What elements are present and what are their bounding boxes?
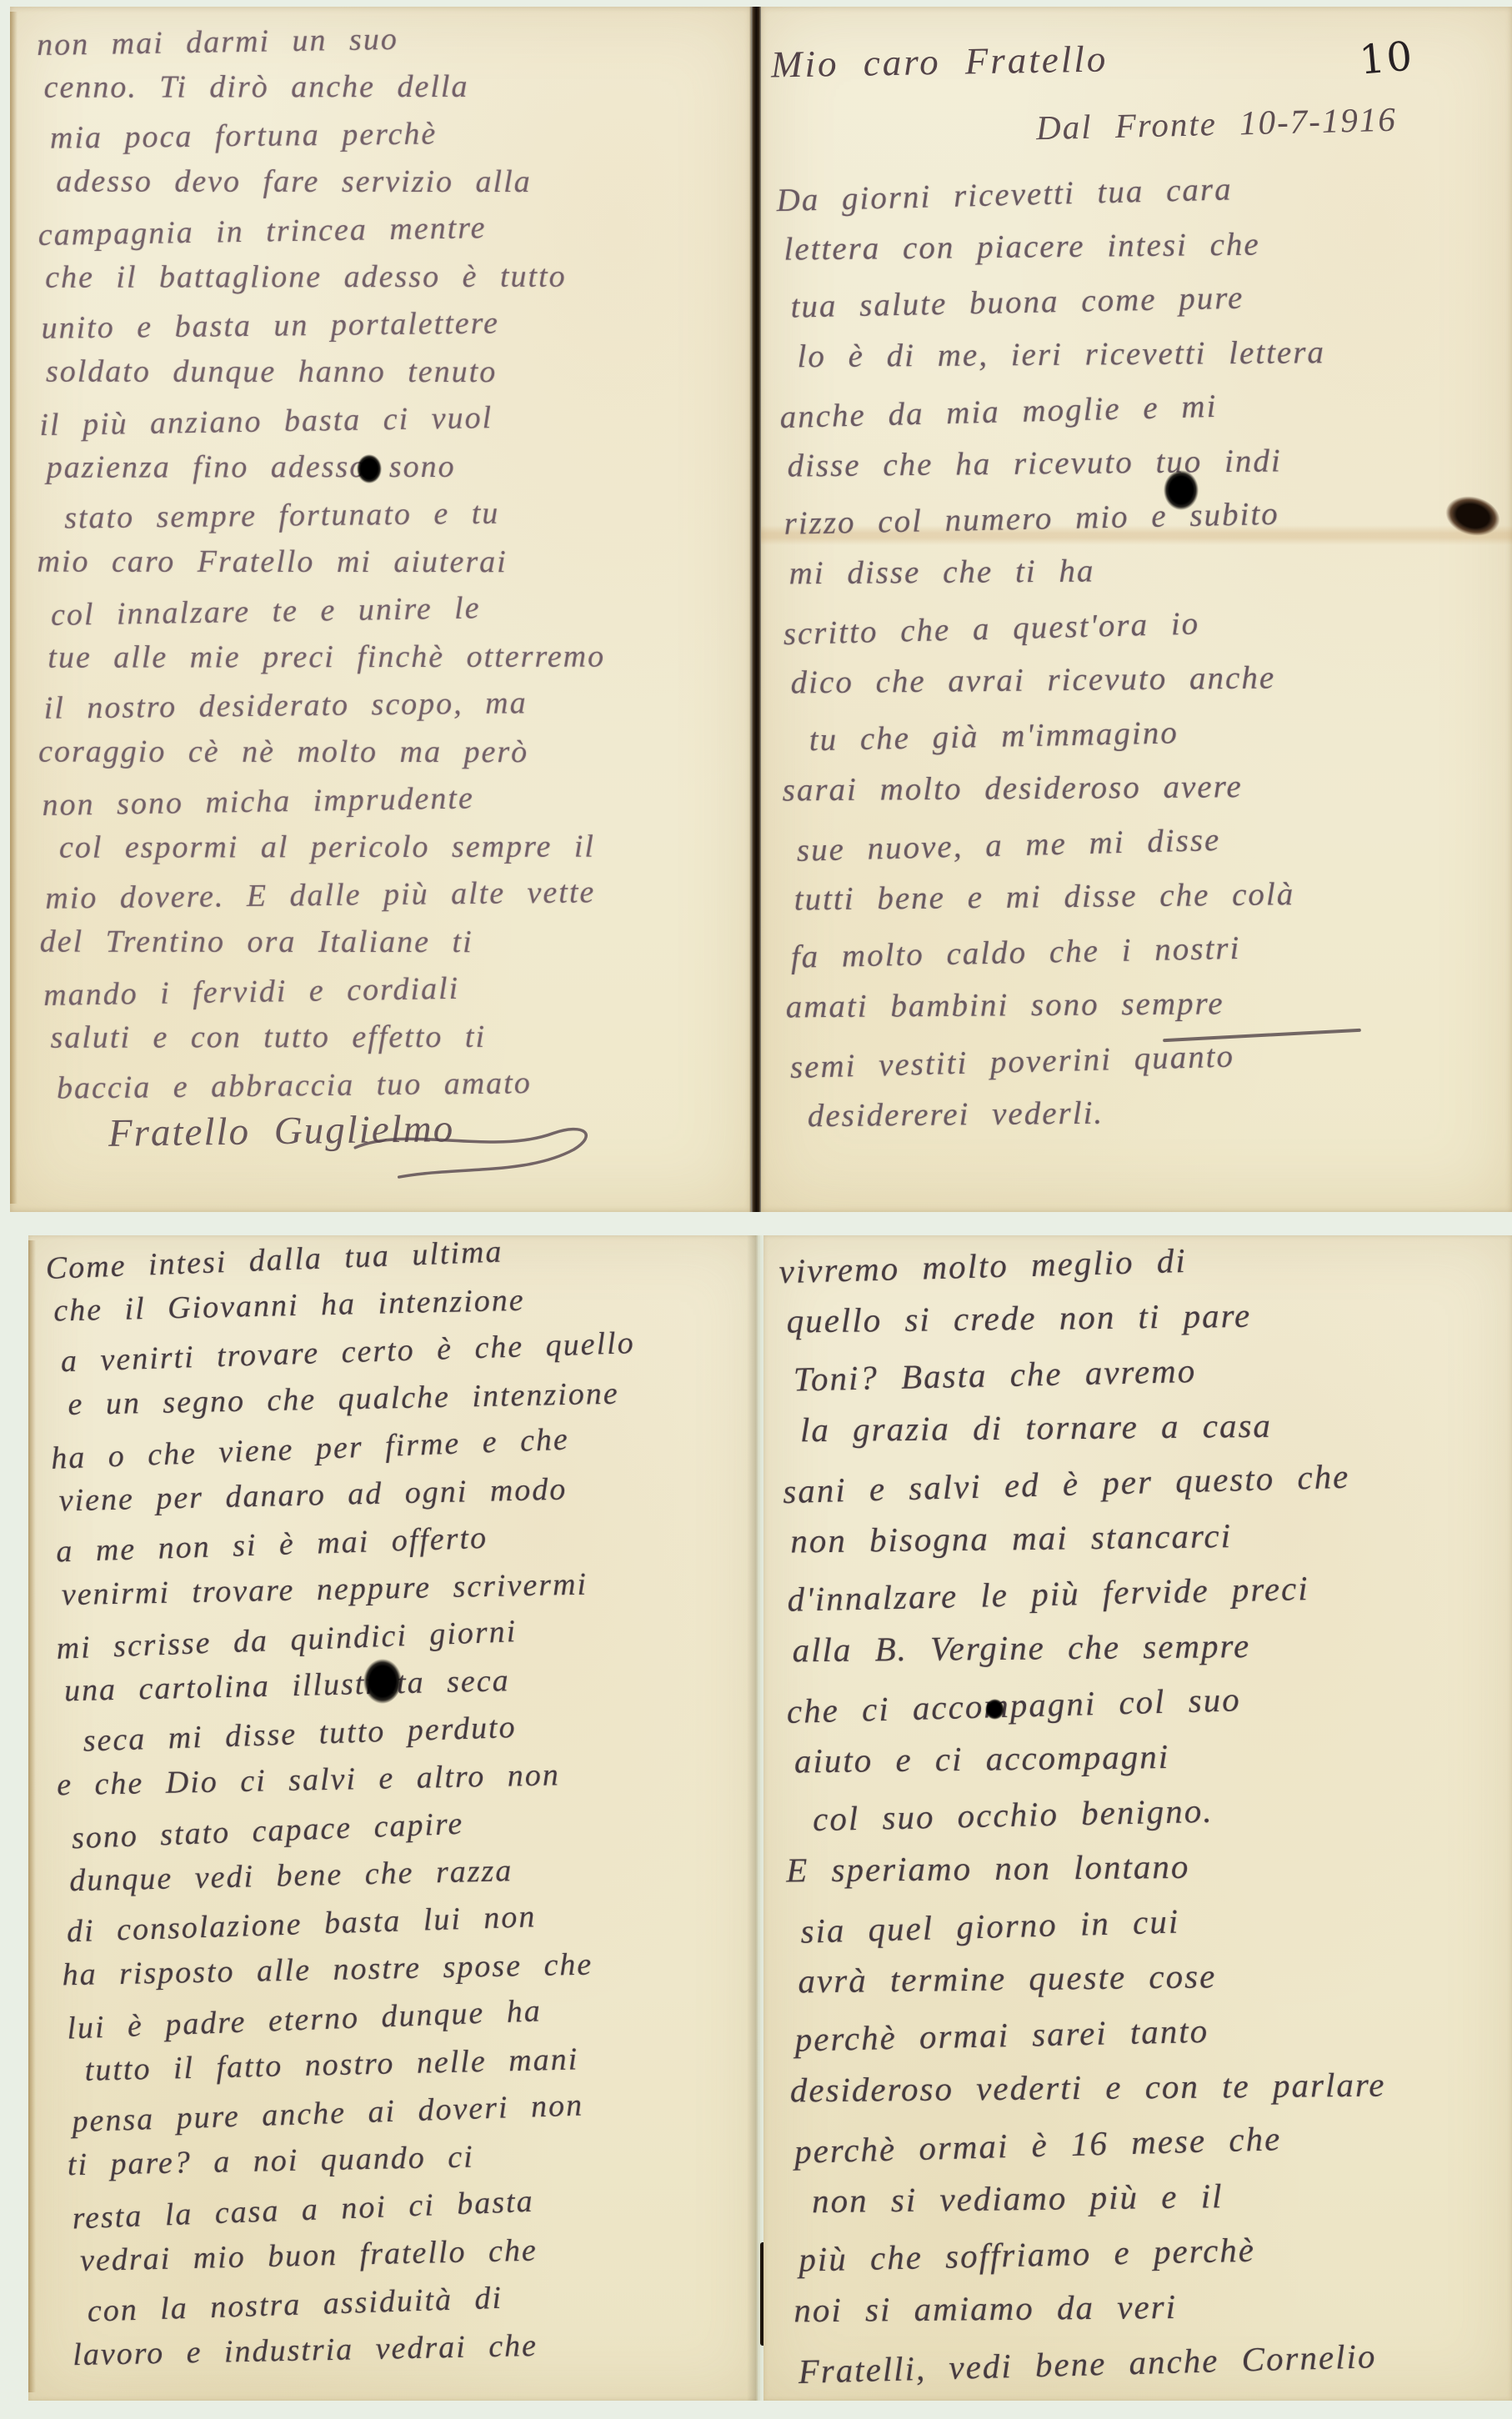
page-top-left: non mai darmi un suocenno. Ti dirò anche… [10, 7, 751, 1212]
handwriting-line: cenno. Ti dirò anche della [44, 63, 751, 111]
handwriting-line: unito e basta un portalettere [41, 297, 751, 353]
handwriting-line: rizzo col numero mio e subito [784, 482, 1512, 551]
handwriting-block-bottom-left: Come intesi dalla tua ultimache il Giova… [43, 1235, 760, 2381]
page-bottom-left: Come intesi dalla tua ultimache il Giova… [28, 1235, 760, 2401]
handwriting-line: stato sempre fortunato e tu [64, 487, 751, 542]
handwriting-line: tue alle mie preci finchè otterremo [48, 633, 751, 681]
handwriting-line: non mai darmi un suo [37, 10, 747, 69]
handwriting-block-top-right: Da giorni ricevetti tua caralettera con … [774, 158, 1512, 1145]
handwriting-line: pazienza fino adesso sono [47, 443, 751, 491]
handwriting-line: mando i fervidi e cordiali [43, 960, 751, 1019]
handwriting-line: col espormi al pericolo sempre il [59, 823, 751, 871]
handwriting-line: fa molto caldo che i nostri [790, 915, 1512, 984]
handwriting-block-top-left: non mai darmi un suocenno. Ti dirò anche… [35, 13, 751, 1111]
handwriting-line: mio caro Fratello mi aiuterai [38, 538, 747, 587]
handwriting-line: saluti e con tutto effetto ti [50, 1013, 751, 1061]
handwriting-line: non sono micha imprudente [42, 770, 751, 829]
handwriting-line: adesso devo fare servizio alla [56, 158, 743, 207]
handwriting-line: soldato dunque hanno tenuto [46, 348, 745, 397]
page-bottom-right: vivremo molto meglio diquello si crede n… [764, 1235, 1512, 2401]
bottom-spread: Come intesi dalla tua ultimache il Giova… [0, 1235, 1512, 2401]
handwriting-line: campagnia in trincea mentre [38, 200, 748, 259]
handwriting-block-bottom-right: vivremo molto meglio diquello si crede n… [777, 1235, 1512, 2396]
handwriting-line: che il battaglione adesso è tutto [45, 253, 751, 301]
page-number: 10 [1358, 33, 1416, 83]
salutation: Mio caro Fratello [771, 37, 1109, 86]
handwriting-line: mio dovere. E dalle più alte vette [45, 867, 751, 923]
top-spread: non mai darmi un suocenno. Ti dirò anche… [10, 7, 1512, 1212]
handwriting-line: desidererei vederli. [807, 1081, 1512, 1143]
signature-flourish [350, 1116, 609, 1186]
handwriting-line: col innalzare te e unire le [51, 580, 751, 639]
handwriting-line: il più anziano basta ci vuol [39, 390, 749, 449]
signature-row: Fratello Guglielmo [108, 1103, 455, 1166]
handwriting-line: tua salute buona come pure [790, 265, 1512, 333]
handwriting-line: del Trentino ora Italiane ti [40, 919, 749, 967]
page-edge [10, 12, 18, 1204]
ink-blot [1164, 470, 1199, 510]
handwriting-line: mia poca fortuna perchè [50, 107, 750, 163]
handwriting-line: il nostro desiderato scopo, ma [43, 677, 751, 733]
page-top-right: Mio caro Fratello 10 Dal Fronte 10-7-191… [761, 7, 1512, 1212]
dateline: Dal Fronte 10-7-1916 [1035, 99, 1397, 148]
page-edge [28, 1240, 36, 2392]
handwriting-line: tu che già m'immagino [809, 699, 1512, 767]
ink-blot [985, 1699, 1004, 1720]
handwriting-line: coraggio cè nè molto ma però [38, 729, 748, 777]
